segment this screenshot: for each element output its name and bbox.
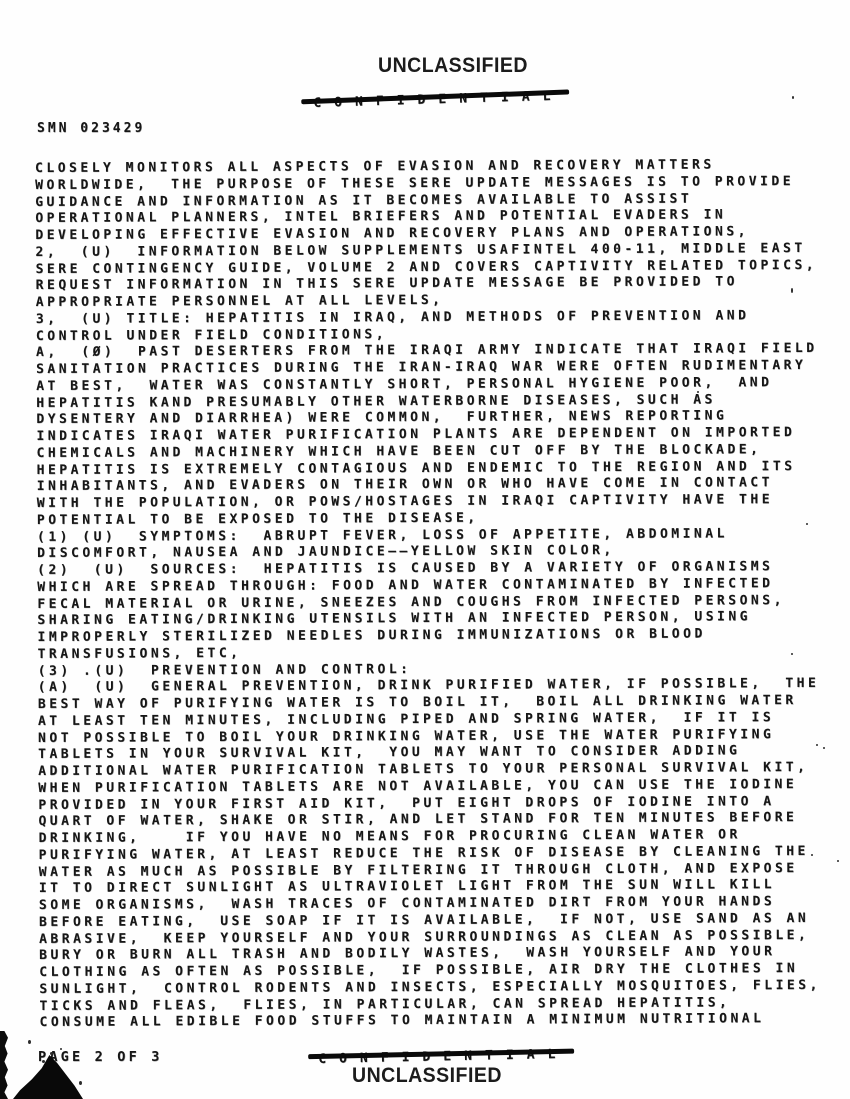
scan-speck: [791, 653, 793, 655]
scan-speck: [823, 747, 825, 749]
scan-speck: [799, 852, 801, 854]
scan-speck: [806, 523, 808, 525]
document-body-text: CLOSELY MONITORS ALL ASPECTS OF EVASION …: [35, 157, 821, 1032]
struck-confidential-top: C O N F I D E N T I A L: [313, 85, 553, 111]
scan-speck: [50, 1052, 53, 1055]
scan-speck: [837, 860, 839, 862]
scan-speck: [816, 744, 818, 746]
scan-edge-artifact: [0, 1031, 8, 1099]
scan-speck: [28, 1040, 31, 1044]
scanned-document-page: UNCLASSIFIED C O N F I D E N T I A L SMN…: [0, 0, 850, 1099]
scan-speck: [811, 854, 813, 856]
scan-speck: [791, 288, 793, 293]
bottom-unclassified-stamp: UNCLASSIFIED: [352, 1064, 502, 1088]
scan-speck: [60, 1048, 62, 1050]
scan-speck: [792, 96, 794, 99]
scan-speck: [697, 391, 699, 393]
scan-speck: [79, 1081, 82, 1085]
doc-serial-number: SMN 023429: [37, 121, 145, 136]
top-unclassified-stamp: UNCLASSIFIED: [378, 54, 528, 78]
scan-speck: [42, 1060, 45, 1063]
